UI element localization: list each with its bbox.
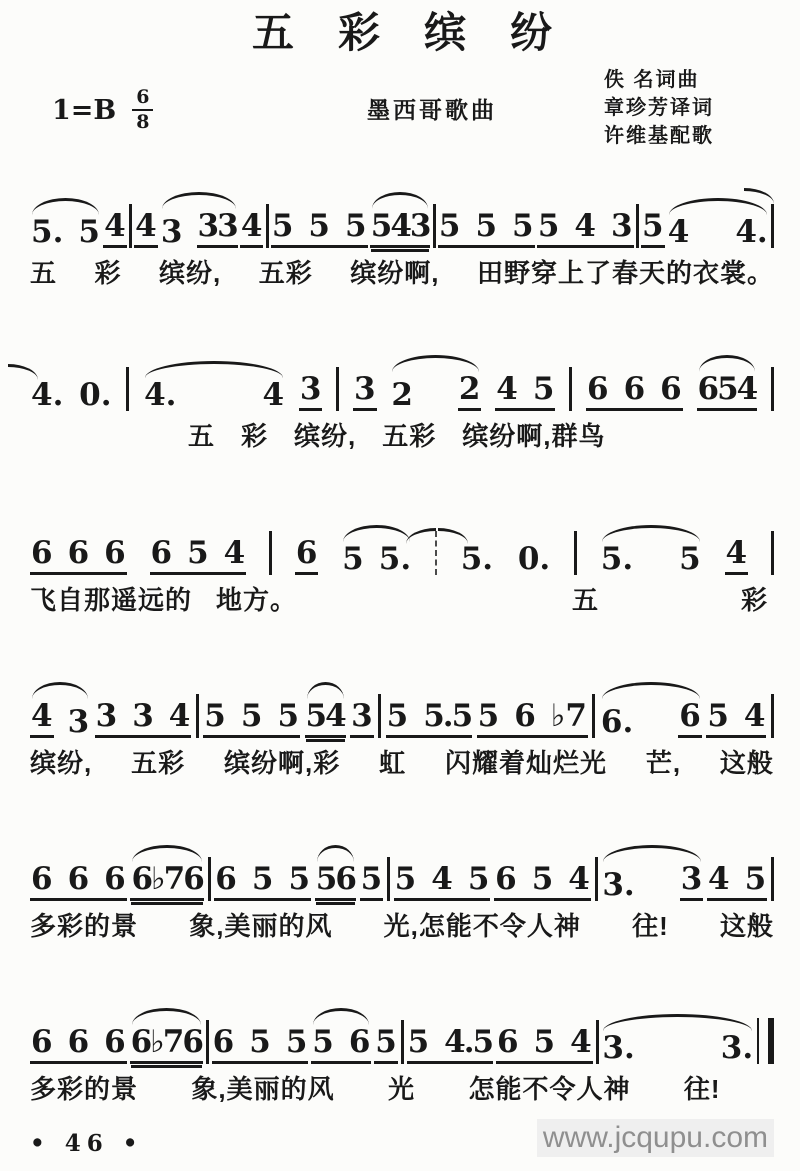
note: 5 bbox=[248, 1027, 272, 1058]
slur-group: 22 bbox=[390, 374, 481, 411]
barline bbox=[435, 531, 437, 575]
barline bbox=[771, 857, 774, 901]
note: 5 bbox=[394, 864, 418, 895]
lyric-segment: 彩 bbox=[95, 258, 122, 289]
note: 3 bbox=[353, 374, 377, 411]
credits: 佚 名词曲 章珍芳译词 许维基配歌 bbox=[604, 66, 774, 150]
note: 4 bbox=[707, 864, 731, 895]
lyric-segment: 五 bbox=[188, 421, 215, 452]
note: 6 bbox=[659, 374, 683, 405]
lyrics-row-2: 五彩缤纷,五彩缤纷啊,群鸟 bbox=[30, 421, 774, 452]
note: 5 bbox=[386, 701, 410, 732]
note: 5 bbox=[706, 701, 730, 732]
lyric-segment: 地方。 bbox=[216, 585, 297, 616]
lyric-segment: 缤纷啊, bbox=[350, 258, 439, 289]
barline bbox=[269, 531, 272, 575]
lyrics-row-3: 飞自那遥远的地方。五彩 bbox=[30, 585, 774, 616]
note: 4 bbox=[223, 538, 247, 569]
note: 6 bbox=[494, 864, 518, 895]
beam-group: 666 bbox=[30, 538, 127, 575]
lyric-segment: 五彩 bbox=[382, 421, 436, 452]
barline bbox=[266, 204, 269, 248]
system-4: 4333455554355.556♭76.654 缤纷,五彩缤纷啊,彩虹闪耀着灿… bbox=[30, 664, 774, 779]
lyric-segment: 怎能不令人神 bbox=[468, 1074, 630, 1105]
beam-group: 654 bbox=[150, 538, 247, 575]
lyric-segment: 缤纷啊,彩 bbox=[224, 748, 340, 779]
note: 3 bbox=[95, 701, 119, 732]
beam-group: 555 bbox=[271, 211, 368, 248]
note: 2 bbox=[458, 374, 482, 411]
beam-group: 654 bbox=[496, 1027, 593, 1064]
note: 6. bbox=[600, 707, 634, 738]
lyric-segment: 光 bbox=[388, 1074, 415, 1105]
note: 4 bbox=[569, 1027, 593, 1058]
lyric-segment: 缤纷, bbox=[30, 748, 92, 779]
lyrics-row-1: 五彩缤纷,五彩缤纷啊,田野穿上了春天的衣裳。 bbox=[30, 258, 774, 289]
note: 5 bbox=[287, 864, 311, 895]
note: 4 bbox=[103, 211, 127, 248]
barline bbox=[401, 1020, 404, 1064]
score-header: 1=B 6 8 墨西哥歌曲 佚 名词曲 章珍芳译词 许维基配歌 bbox=[30, 66, 774, 150]
slur-group: 4.4 bbox=[143, 380, 285, 411]
note: 5. bbox=[600, 544, 634, 575]
lyric-segment: 缤纷, bbox=[294, 421, 356, 452]
slur-group: 55. bbox=[341, 544, 412, 575]
note: 6 bbox=[496, 1027, 520, 1058]
note: 5 bbox=[360, 864, 384, 901]
beam-group: 545 bbox=[394, 864, 491, 901]
note: 3. bbox=[601, 870, 635, 901]
note: 2 bbox=[390, 380, 414, 411]
note: 4.5 bbox=[443, 1027, 493, 1058]
barline bbox=[387, 857, 390, 901]
note: 5 bbox=[77, 217, 101, 248]
lyrics-row-5: 多彩的景象,美丽的风光,怎能不令人神往!这般 bbox=[30, 911, 774, 942]
beam-group: 543 bbox=[537, 211, 634, 248]
lyric-segment: 彩 bbox=[241, 421, 268, 452]
barline bbox=[596, 1020, 599, 1064]
note: 6 bbox=[295, 538, 319, 575]
beam-group: 55.5 bbox=[386, 701, 473, 738]
notation-row-5: 6666♭766555655456543.345 bbox=[30, 827, 774, 901]
lyric-segment: 往! bbox=[632, 911, 669, 942]
note: 5 bbox=[307, 211, 331, 242]
slur-group: 56 bbox=[315, 864, 356, 901]
note: 5 bbox=[744, 864, 768, 895]
note: 5 bbox=[407, 1027, 431, 1058]
lyric-segment: 多彩的景 bbox=[30, 911, 138, 942]
note: 0. bbox=[517, 544, 551, 575]
note: 6 bbox=[103, 864, 127, 895]
slur-group: 5.5 bbox=[600, 544, 702, 575]
note: 5 bbox=[344, 211, 368, 242]
beam-group: 555 bbox=[203, 701, 300, 738]
lyric-segment: 光,怎能不令人神 bbox=[384, 911, 581, 942]
page-footer: • 46 • www.jcqupu.com bbox=[30, 1119, 774, 1157]
note: 4 bbox=[30, 701, 54, 738]
note: 3. bbox=[720, 1033, 754, 1064]
meter-denominator: 8 bbox=[132, 111, 153, 132]
lyric-segment: 缤纷啊,群鸟 bbox=[462, 421, 605, 452]
note: 6 bbox=[150, 538, 174, 569]
note: 6 bbox=[212, 1027, 236, 1058]
barline bbox=[636, 204, 639, 248]
note: 5 bbox=[186, 538, 210, 569]
barline bbox=[771, 694, 774, 738]
notation-row-4: 4333455554355.556♭76.654 bbox=[30, 664, 774, 738]
note: 6 bbox=[30, 864, 54, 895]
note: 6 bbox=[348, 1027, 372, 1058]
key-note: 1=B bbox=[52, 95, 116, 126]
lyric-segment: 五 bbox=[572, 585, 599, 616]
beam-group: 666 bbox=[30, 864, 127, 901]
lyric-segment: 五彩 bbox=[131, 748, 185, 779]
note: 5 bbox=[311, 1027, 335, 1058]
note: 5 bbox=[341, 544, 365, 575]
note: 3 bbox=[299, 374, 323, 411]
notation-row-3: 666654655.5.0.5.54 bbox=[30, 501, 774, 575]
slur-group: 5.5 bbox=[30, 217, 101, 248]
note: 6 bbox=[103, 1027, 127, 1058]
slur-group: 44. bbox=[667, 217, 769, 248]
note: 6 bbox=[30, 1027, 54, 1058]
score: 5.5443334555543555543544. 五彩缤纷,五彩缤纷啊,田野穿… bbox=[30, 174, 774, 1105]
note: 654 bbox=[697, 374, 758, 405]
note: 3. bbox=[601, 1033, 635, 1064]
note: 3 bbox=[610, 211, 634, 242]
lyric-segment: 象,美丽的风 bbox=[189, 911, 332, 942]
note: ♭7 bbox=[550, 701, 588, 732]
barline bbox=[771, 531, 774, 575]
beam-group: 655 bbox=[214, 864, 311, 901]
note: 4. bbox=[734, 217, 768, 248]
note: 4. bbox=[30, 380, 64, 411]
note: 4 bbox=[430, 864, 454, 895]
lyric-segment: 闪耀着灿烂光 bbox=[445, 748, 607, 779]
note: 5 bbox=[533, 1027, 557, 1058]
barline bbox=[196, 694, 199, 738]
note: 5 bbox=[374, 1027, 398, 1064]
credit-line-arranger: 许维基配歌 bbox=[604, 122, 774, 150]
note: 5. bbox=[460, 544, 494, 575]
note: 4 bbox=[134, 211, 158, 248]
barline bbox=[206, 1020, 209, 1064]
beam-group: 54.5 bbox=[407, 1027, 494, 1064]
barline bbox=[771, 204, 774, 248]
slur-group: 6.6 bbox=[600, 701, 702, 738]
beam-group: 654 bbox=[494, 864, 591, 901]
barline bbox=[208, 857, 211, 901]
lyric-segment: 彩 bbox=[741, 585, 768, 616]
note: 4 bbox=[743, 701, 767, 732]
note: 6 bbox=[623, 374, 647, 405]
time-signature: 6 8 bbox=[132, 88, 153, 132]
note: 4 bbox=[495, 374, 519, 405]
lyric-segment: 虹 bbox=[379, 748, 406, 779]
note: 5 bbox=[467, 864, 491, 895]
note: 6 bbox=[214, 864, 238, 895]
beam-group: 666 bbox=[586, 374, 683, 411]
note: 5 bbox=[271, 211, 295, 242]
note: 4. bbox=[143, 380, 177, 411]
barline bbox=[592, 694, 595, 738]
slur-group: 333 bbox=[160, 211, 238, 248]
note: 4 bbox=[725, 538, 749, 575]
note: 6 bbox=[67, 538, 91, 569]
slur-group: 3.3 bbox=[601, 864, 703, 901]
note: 5 bbox=[532, 374, 556, 405]
slur-group: 6♭76 bbox=[130, 864, 203, 901]
lyric-segment: 五彩 bbox=[259, 258, 313, 289]
note: 5 bbox=[240, 701, 264, 732]
barline bbox=[336, 367, 339, 411]
note: 543 bbox=[370, 211, 431, 242]
note: 3 bbox=[67, 707, 91, 738]
note: 5 bbox=[203, 701, 227, 732]
note: 4 bbox=[573, 211, 597, 242]
system-5: 6666♭766555655456543.345 多彩的景象,美丽的风光,怎能不… bbox=[30, 827, 774, 942]
beam-group: 56♭7 bbox=[477, 701, 588, 738]
note: 5 bbox=[641, 211, 665, 248]
lyric-segment: 多彩的景 bbox=[30, 1074, 138, 1105]
note: 4 bbox=[240, 211, 264, 248]
slur-group: 56 bbox=[311, 1027, 371, 1064]
song-origin: 墨西哥歌曲 bbox=[260, 92, 604, 125]
note: 5 bbox=[474, 211, 498, 242]
note: 5 bbox=[438, 211, 462, 242]
barline bbox=[574, 531, 577, 575]
note: 5 bbox=[477, 701, 501, 732]
notation-row-2: 4.0.4.4332245666654 bbox=[30, 337, 774, 411]
slur-group: 3.3. bbox=[601, 1033, 754, 1064]
note: 4 bbox=[261, 380, 285, 411]
lyrics-row-4: 缤纷,五彩缤纷啊,彩虹闪耀着灿烂光芒,这般 bbox=[30, 748, 774, 779]
note: 4 bbox=[567, 864, 591, 895]
note: 33 bbox=[197, 211, 238, 248]
lyric-segment: 田野穿上了春天的衣裳。 bbox=[477, 258, 774, 289]
barline bbox=[569, 367, 572, 411]
note: 5 bbox=[251, 864, 275, 895]
lyric-segment: 这般 bbox=[720, 911, 774, 942]
notation-row-6: 6666♭7665556554.56543.3. bbox=[30, 990, 774, 1064]
slur-group: 543 bbox=[370, 211, 431, 248]
note: 5 bbox=[531, 864, 555, 895]
lyric-segment: 象,美丽的风 bbox=[191, 1074, 334, 1105]
beam-group: 555 bbox=[438, 211, 535, 248]
slur-group: 43 bbox=[30, 701, 90, 738]
sheet-music-page: 五彩缤纷 1=B 6 8 墨西哥歌曲 佚 名词曲 章珍芳译词 许维基配歌 5.5… bbox=[0, 0, 800, 1171]
beam-group: 45 bbox=[495, 374, 555, 411]
barline bbox=[595, 857, 598, 901]
barline bbox=[126, 367, 129, 411]
lyric-segment: 芒, bbox=[646, 748, 681, 779]
lyric-segment: 往! bbox=[684, 1074, 721, 1105]
note: 6 bbox=[513, 701, 537, 732]
note: 5 bbox=[537, 211, 561, 242]
credit-line-composer: 佚 名词曲 bbox=[604, 66, 774, 94]
credit-line-translator: 章珍芳译词 bbox=[604, 94, 774, 122]
beam-group: 45 bbox=[707, 864, 767, 901]
lyric-segment: 飞自那遥远的 bbox=[30, 585, 192, 616]
barline bbox=[433, 204, 436, 248]
beam-group: 334 bbox=[95, 701, 192, 738]
page-number: • 46 • bbox=[30, 1130, 143, 1157]
slur-group: 654 bbox=[697, 374, 758, 411]
note: 5.5 bbox=[422, 701, 472, 732]
note: 5 bbox=[511, 211, 535, 242]
lyrics-row-6: 多彩的景象,美丽的风光怎能不令人神往! bbox=[30, 1074, 774, 1105]
note: 6 bbox=[67, 1027, 91, 1058]
note: 6 bbox=[586, 374, 610, 405]
lyric-segment: 五 bbox=[30, 258, 57, 289]
note: 6♭76 bbox=[130, 864, 203, 895]
note: 3 bbox=[131, 701, 155, 732]
meter-numerator: 6 bbox=[132, 88, 153, 111]
note: 5. bbox=[378, 544, 412, 575]
note: 6 bbox=[103, 538, 127, 569]
note: 6 bbox=[30, 538, 54, 569]
slur-group: 54 bbox=[305, 701, 346, 738]
system-3: 666654655.5.0.5.54 飞自那遥远的地方。五彩 bbox=[30, 501, 774, 616]
system-2: 4.0.4.4332245666654 五彩缤纷,五彩缤纷啊,群鸟 bbox=[30, 337, 774, 452]
lyric-segment: 这般 bbox=[720, 748, 774, 779]
note: 4 bbox=[667, 217, 691, 248]
note: 4 bbox=[168, 701, 192, 732]
note: 5 bbox=[276, 701, 300, 732]
note: 6 bbox=[678, 701, 702, 738]
note: 5 bbox=[285, 1027, 309, 1058]
final-barline bbox=[757, 1018, 774, 1064]
song-title: 五彩缤纷 bbox=[30, 10, 774, 56]
lyric-segment: 缤纷, bbox=[159, 258, 221, 289]
barline bbox=[129, 204, 132, 248]
notation-row-1: 5.5443334555543555543544. bbox=[30, 174, 774, 248]
key-signature: 1=B 6 8 bbox=[30, 88, 260, 132]
system-6: 6666♭7665556554.56543.3. 多彩的景象,美丽的风光怎能不令… bbox=[30, 990, 774, 1105]
note: 54 bbox=[305, 701, 346, 732]
note: 56 bbox=[315, 864, 356, 895]
note: 6♭76 bbox=[130, 1027, 203, 1058]
system-1: 5.5443334555543555543544. 五彩缤纷,五彩缤纷啊,田野穿… bbox=[30, 174, 774, 289]
barline bbox=[771, 367, 774, 411]
note: 3 bbox=[350, 701, 374, 738]
note: 5. bbox=[30, 217, 64, 248]
beam-group: 54 bbox=[706, 701, 766, 738]
beam-group: 666 bbox=[30, 1027, 127, 1064]
note: 6 bbox=[67, 864, 91, 895]
barline bbox=[378, 694, 381, 738]
note: 5 bbox=[678, 544, 702, 575]
watermark-text: www.jcqupu.com bbox=[537, 1119, 774, 1157]
note: 3 bbox=[680, 864, 704, 901]
note: 0. bbox=[78, 380, 112, 411]
slur-group: 6♭76 bbox=[130, 1027, 203, 1064]
note: 3 bbox=[160, 217, 184, 248]
beam-group: 655 bbox=[212, 1027, 309, 1064]
